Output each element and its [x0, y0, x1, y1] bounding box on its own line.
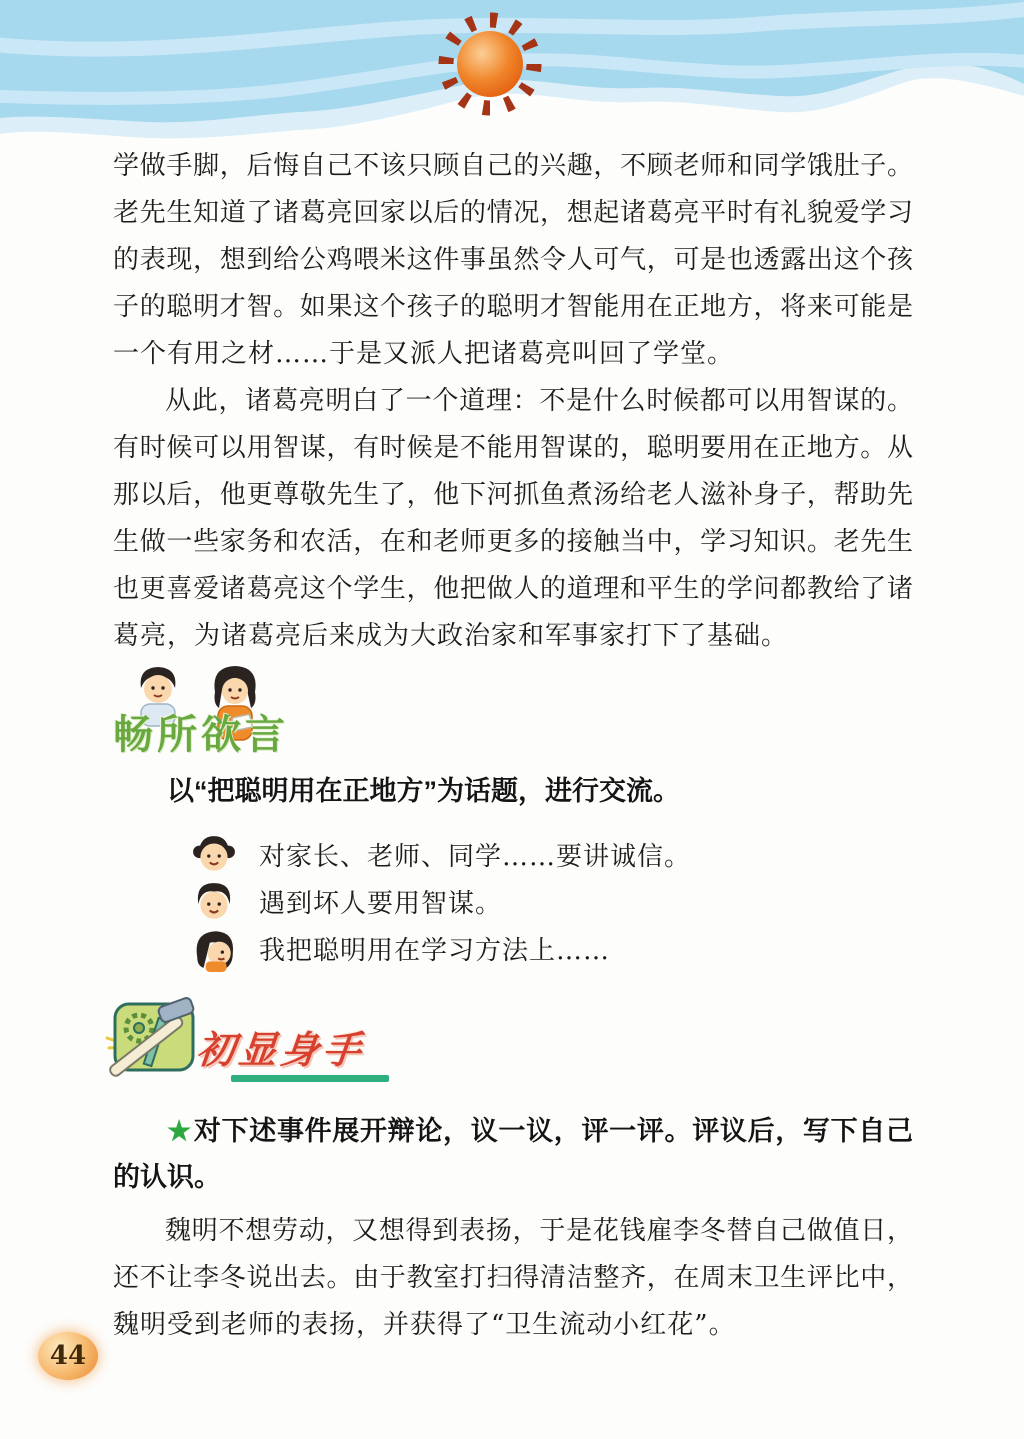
- body-text-line: 一个有用之材……于是又派人把诸葛亮叫回了学堂。: [113, 331, 913, 378]
- task-text: 对下述事件展开辩论，议一议，评一评。评议后，写下自己: [194, 1116, 913, 1146]
- page-number: 44: [50, 1341, 86, 1371]
- list-item-text: 对家长、老师、同学……要讲诚信。: [259, 836, 691, 873]
- list-item-text: 遇到坏人要用智谋。: [259, 883, 502, 920]
- show-skills-section-header: 初显身手: [113, 996, 913, 1088]
- list-item: 我把聪明用在学习方法上……: [113, 925, 913, 972]
- story-paragraph-1: 学做手脚，后悔自己不该只顾自己的兴趣，不顾老师和同学饿肚子。 老先生知道了诸葛亮…: [113, 143, 913, 378]
- boy-curly-avatar-icon: [191, 879, 237, 925]
- show-skills-title: 初显身手: [194, 1019, 368, 1074]
- discussion-prompt: 以“把聪明用在正地方”为话题，进行交流。: [113, 768, 913, 815]
- task-line: ★对下述事件展开辩论，议一议，评一评。评议后，写下自己: [113, 1108, 913, 1154]
- list-item-text: 我把聪明用在学习方法上……: [259, 930, 610, 967]
- story-paragraph-2: 从此，诸葛亮明白了一个道理：不是什么时候都可以用智谋的。 有时候可以用智谋，有时…: [113, 378, 913, 660]
- task-line: 的认识。: [113, 1154, 913, 1200]
- tools-icon: [103, 992, 207, 1088]
- page-content: 学做手脚，后悔自己不该只顾自己的兴趣，不顾老师和同学饿肚子。 老先生知道了诸葛亮…: [113, 143, 913, 1349]
- body-text-line: 葛亮，为诸葛亮后来成为大政治家和军事家打下了基础。: [113, 613, 913, 660]
- body-text-line: 还不让李冬说出去。由于教室打扫得清洁整齐，在周末卫生评比中，: [113, 1255, 913, 1302]
- textbook-page: 学做手脚，后悔自己不该只顾自己的兴趣，不顾老师和同学饿肚子。 老先生知道了诸葛亮…: [0, 0, 1024, 1439]
- discussion-examples: 对家长、老师、同学……要讲诚信。 遇到坏人要用智谋。: [113, 831, 913, 972]
- debate-case-paragraph: 魏明不想劳动，又想得到表扬，于是花钱雇李冬替自己做值日， 还不让李冬说出去。由于…: [113, 1208, 913, 1349]
- body-text-line: 也更喜爱诸葛亮这个学生，他把做人的道理和平生的学问都教给了诸: [113, 566, 913, 613]
- list-item: 对家长、老师、同学……要讲诚信。: [113, 831, 913, 878]
- body-text-line: 魏明受到老师的表扬，并获得了“卫生流动小红花”。: [113, 1302, 913, 1349]
- list-item: 遇到坏人要用智谋。: [113, 878, 913, 925]
- body-text-line: 那以后，他更尊敬先生了，他下河抓鱼煮汤给老人滋补身子，帮助先: [113, 472, 913, 519]
- debate-task: ★对下述事件展开辩论，议一议，评一评。评议后，写下自己 的认识。: [113, 1108, 913, 1200]
- title-underline: [231, 1075, 389, 1082]
- star-icon: ★: [167, 1116, 192, 1146]
- body-text-line: 老先生知道了诸葛亮回家以后的情况，想起诸葛亮平时有礼貌爱学习: [113, 190, 913, 237]
- body-text-line: 有时候可以用智谋，有时候是不能用智谋的，聪明要用在正地方。从: [113, 425, 913, 472]
- body-text-line: 从此，诸葛亮明白了一个道理：不是什么时候都可以用智谋的。: [113, 378, 913, 425]
- speak-freely-section-header: 畅所欲言: [113, 668, 913, 762]
- body-text-line: 生做一些家务和农活，在和老师更多的接触当中，学习知识。老先生: [113, 519, 913, 566]
- body-text-line: 魏明不想劳动，又想得到表扬，于是花钱雇李冬替自己做值日，: [113, 1208, 913, 1255]
- girl-pigtails-avatar-icon: [191, 832, 237, 878]
- girl-profile-avatar-icon: [191, 926, 237, 972]
- body-text-line: 学做手脚，后悔自己不该只顾自己的兴趣，不顾老师和同学饿肚子。: [113, 143, 913, 190]
- speak-freely-title: 畅所欲言: [113, 703, 289, 760]
- page-number-badge: 44: [38, 1332, 98, 1380]
- body-text-line: 子的聪明才智。如果这个孩子的聪明才智能用在正地方，将来可能是: [113, 284, 913, 331]
- body-text-line: 的表现，想到给公鸡喂米这件事虽然令人可气，可是也透露出这个孩: [113, 237, 913, 284]
